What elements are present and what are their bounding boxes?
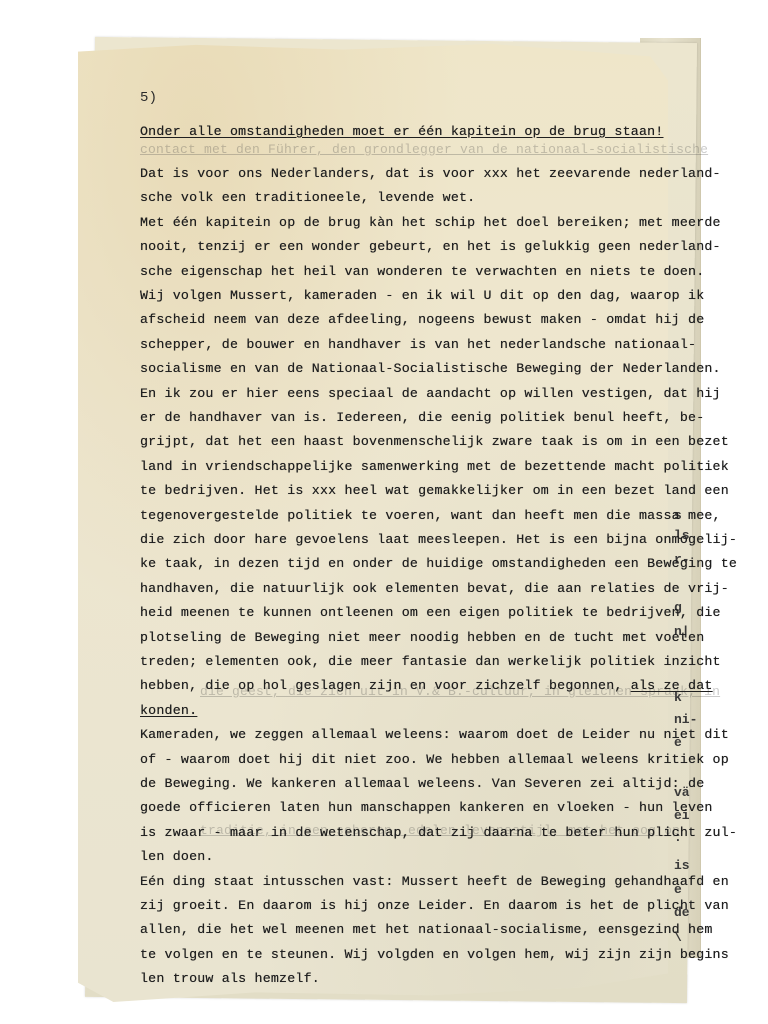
text-line: Eén ding staat intusschen vast: Mussert …	[140, 874, 729, 890]
text-line: Dat is voor ons Nederlanders, dat is voo…	[140, 166, 721, 182]
text-line: sche eigenschap het heil van wonderen te…	[140, 264, 704, 280]
text-line: tegenovergestelde politiek te voeren, wa…	[140, 508, 721, 524]
text-line: treden; elementen ook, die meer fantasie…	[140, 654, 721, 670]
text-line: ke taak, in dezen tijd en onder de huidi…	[140, 556, 737, 572]
text-line: len trouw als hemzelf.	[140, 971, 320, 987]
text-line: handhaven, die natuurlijk ook elementen …	[140, 581, 729, 597]
text-line: te volgen en te steunen. Wij volgden en …	[140, 947, 729, 963]
text-line: schepper, de bouwer en handhaver is van …	[140, 337, 696, 353]
text-line: Met één kapitein op de brug kàn het schi…	[140, 215, 721, 231]
underlined-phrase: als ze dat	[631, 678, 713, 693]
text-line: die zich door hare gevoelens laat meesle…	[140, 532, 737, 548]
text-line: hebben, die op hol geslagen zijn en voor…	[140, 678, 713, 694]
text-line: land in vriendschappelijke samenwerking …	[140, 459, 729, 475]
text-line: grijpt, dat het een haast bovenmenscheli…	[140, 434, 729, 450]
text-line: plotseling de Beweging niet meer noodig …	[140, 630, 704, 646]
text-line: Wij volgen Mussert, kameraden - en ik wi…	[140, 288, 704, 304]
underlined-phrase: konden.	[140, 703, 197, 718]
text-line: allen, die het wel meenen met het nation…	[140, 922, 713, 938]
text-line: heid meenen te kunnen ontleenen om een e…	[140, 605, 721, 621]
page-number: 5)	[140, 90, 157, 106]
heading: Onder alle omstandigheden moet er één ka…	[140, 124, 663, 140]
text-line: konden.	[140, 703, 197, 719]
text-line: nooit, tenzij er een wonder gebeurt, en …	[140, 239, 721, 255]
margin-fragment: ni-	[674, 712, 697, 727]
text-line: er de handhaver van is. Iedereen, die ee…	[140, 410, 704, 426]
bleed-through-text: contact met den Führer, den grondlegger …	[140, 142, 708, 157]
text-line: sche volk een traditioneele, levende wet…	[140, 190, 475, 206]
text-line: of - waarom doet hij dit niet zoo. We he…	[140, 752, 729, 768]
text-line: socialisme en van de Nationaal-Socialist…	[140, 361, 721, 377]
text-line: te bedrijven. Het is xxx heel wat gemakk…	[140, 483, 729, 499]
text-line: goede officieren laten hun manschappen k…	[140, 800, 713, 816]
text-line: de Beweging. We kankeren allemaal weleen…	[140, 776, 704, 792]
margin-fragment: is	[674, 858, 690, 873]
text-line: En ik zou er hier eens speciaal de aanda…	[140, 386, 721, 402]
text-line: len doen.	[140, 849, 214, 865]
text-line: zij groeit. En daarom is hij onze Leider…	[140, 898, 729, 914]
text-line: Kameraden, we zeggen allemaal weleens: w…	[140, 727, 729, 743]
text-line: afscheid neem van deze afdeeling, nogeen…	[140, 312, 704, 328]
text-line: is zwaar - maar in de wetenschap, dat zi…	[140, 825, 737, 841]
